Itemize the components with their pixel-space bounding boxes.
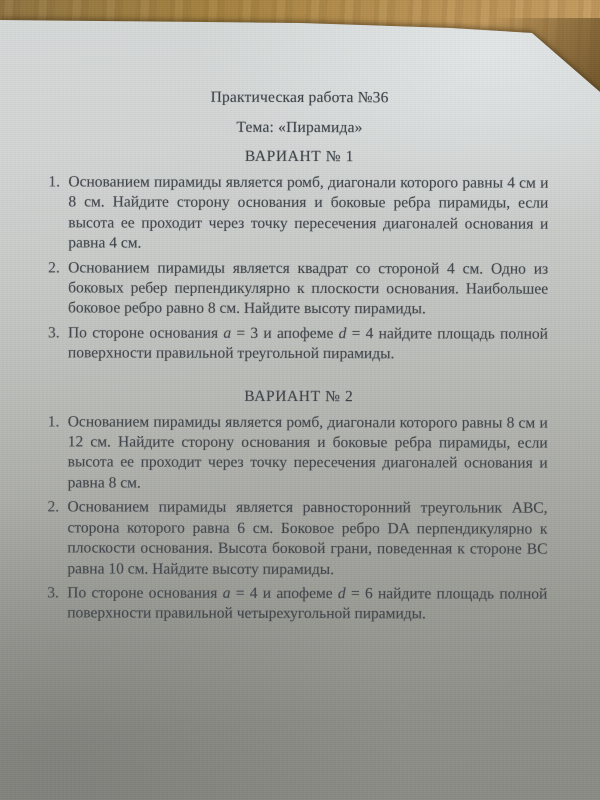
variant-1-section: ВАРИАНТ № 1 Основанием пирамиды является… [50, 148, 549, 365]
variant-1-problem-list: Основанием пирамиды является ромб, диаго… [68, 172, 549, 365]
variant-1-heading: ВАРИАНТ № 1 [50, 148, 548, 165]
document-title: Практическая работа №36 [51, 89, 549, 106]
variant-2-section: ВАРИАНТ № 2 Основанием пирамиды является… [49, 388, 548, 625]
problem-item: Основанием пирамиды является ромб, диаго… [68, 412, 548, 495]
problem-item: Основанием пирамиды является равносторон… [67, 498, 547, 581]
problem-item: Основанием пирамиды является квадрат со … [68, 258, 548, 320]
problem-item: По стороне основания a = 3 и апофеме d =… [68, 323, 548, 365]
problem-item: По стороне основания a = 4 и апофеме d =… [67, 583, 547, 625]
variant-2-heading: ВАРИАНТ № 2 [50, 388, 548, 405]
variant-2-problem-list: Основанием пирамиды является ромб, диаго… [67, 412, 548, 625]
worksheet-content: Практическая работа №36 Тема: «Пирамида»… [0, 27, 600, 629]
document-subtitle: Тема: «Пирамида» [51, 119, 549, 136]
problem-item: Основанием пирамиды является ромб, диаго… [68, 172, 548, 255]
